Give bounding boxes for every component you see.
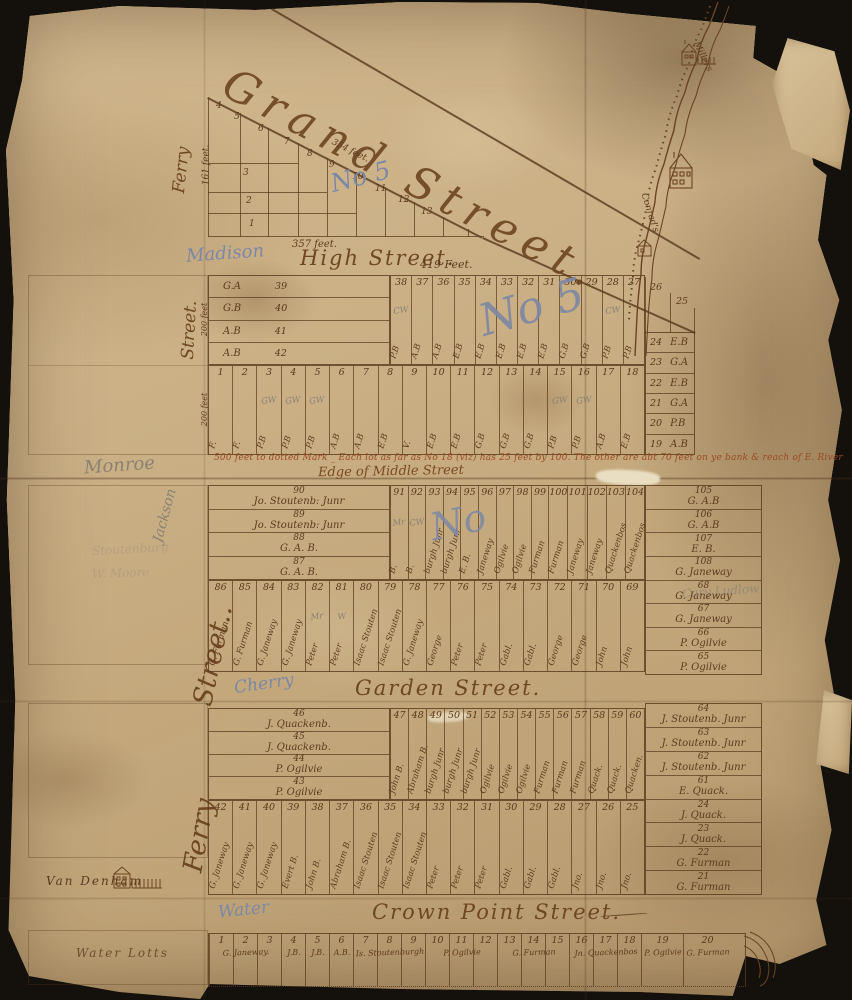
- water-lot-cell: 16: [569, 934, 593, 986]
- water-lot-cell: 12: [473, 934, 497, 986]
- lot-number: 41: [233, 801, 256, 813]
- owner-name: P.B: [304, 435, 318, 450]
- lot-number: 62: [698, 753, 709, 762]
- lot-cell: 98Ogilvie: [513, 486, 531, 579]
- pencil-mark: CW: [393, 305, 409, 317]
- lot-row: 45J. Quackenb.: [209, 731, 389, 754]
- lot-number: 5: [306, 934, 329, 946]
- lot-cell: 10E.B: [426, 366, 450, 454]
- lot-cell: 38John B.: [305, 801, 329, 894]
- lot-number: 66: [698, 629, 709, 638]
- lot-number: 37: [330, 801, 353, 813]
- lot-number: 37: [412, 276, 432, 288]
- lot-row: 90Jo. Stoutenb: Junr: [209, 486, 389, 509]
- owner-name: P. Ogilvie: [644, 947, 682, 957]
- lot-cell: 52Ogilvie: [481, 709, 499, 799]
- owner-name: G. Janeway: [256, 618, 280, 667]
- lot-number: 56: [554, 709, 571, 721]
- owner-name: A.B: [595, 433, 609, 450]
- lot-number: 22: [650, 378, 662, 389]
- lot-row: 105G. A.B: [646, 486, 761, 509]
- owner-name: Janeway: [565, 538, 586, 575]
- lot-cell: 16GWP.B: [571, 366, 595, 454]
- water-lot-cell: 1: [209, 934, 233, 986]
- map-stage: Grand Street. 45678910111213321 161 feet…: [0, 0, 852, 1000]
- lot-number: 5: [306, 366, 329, 378]
- owner-name: G. Janeway: [280, 618, 304, 667]
- lot-cell: 4GWP.B: [281, 366, 305, 454]
- lot-number: 99: [532, 486, 549, 498]
- lot-number: 80: [354, 581, 377, 593]
- owner-name: J.B.: [287, 948, 301, 957]
- lot-cell: 6A.B: [329, 366, 353, 454]
- lot-cell: 85G. Furman: [232, 581, 256, 671]
- owner-name: Evert B.: [280, 853, 300, 890]
- owner-name: George: [425, 634, 444, 667]
- owner-name: G.B: [579, 342, 593, 360]
- lot-number: 6: [330, 366, 353, 378]
- lot-number: 78: [403, 581, 426, 593]
- lot-cell: 47John B.: [391, 709, 408, 799]
- owner-name: V.: [401, 440, 413, 450]
- owner-name: G. Janeway: [675, 591, 732, 602]
- lot-cell: 12G.B: [474, 366, 498, 454]
- lot-number: 6: [258, 124, 264, 134]
- lot-row: 22E.B: [646, 373, 694, 393]
- lot-number: 89: [293, 511, 304, 520]
- lot-number: 41: [275, 326, 287, 337]
- lot-cell: 60Quacken.: [626, 709, 644, 799]
- owner-name: John: [619, 645, 635, 667]
- water-lot-cell: 7: [353, 934, 377, 986]
- lot-number: 52: [482, 709, 499, 721]
- owner-name: Jno.: [571, 871, 586, 890]
- lot-number: 75: [475, 581, 498, 593]
- owner-name: Furman: [569, 760, 589, 795]
- owner-initials: A.B: [670, 439, 688, 450]
- owner-name: E.B: [515, 342, 529, 360]
- water-lot-cell: 3: [257, 934, 281, 986]
- lot-cell: 57Furman: [571, 709, 589, 799]
- lot-number: 102: [588, 486, 606, 498]
- owner-name: E.B: [452, 342, 466, 360]
- lot-cell: 34Isaac Stouten: [402, 801, 426, 894]
- owner-name: E. Quack.: [679, 786, 728, 797]
- owner-name: A.B: [353, 433, 367, 450]
- owner-name: G.B: [498, 432, 512, 450]
- owner-name: F.: [232, 440, 244, 450]
- lot-row: 88G. A. B.: [209, 532, 389, 556]
- lot-number: 101: [568, 486, 586, 498]
- pencil-mark: CW: [409, 517, 425, 529]
- owner-name: Abraham B.: [328, 838, 353, 890]
- water-lot-cell: 4J.B.: [281, 934, 305, 986]
- lot-number: 3: [257, 366, 280, 378]
- owner-name: Isaac Stouten: [353, 831, 381, 890]
- lot-cell: 9V.: [402, 366, 426, 454]
- owner-name: Gabl.: [498, 642, 515, 667]
- water-swirl: [742, 930, 802, 990]
- grand-lot-divider: [268, 128, 269, 237]
- lot-cell: 35Isaac Stouten: [378, 801, 402, 894]
- grand-strip-line: [208, 192, 327, 193]
- lot-cell: 75Peter: [474, 581, 498, 671]
- lot-cell: 18E.B: [620, 366, 644, 454]
- lot-number: 25: [621, 801, 644, 813]
- lot-cell: 31Peter: [474, 801, 498, 894]
- lot-number: 68: [698, 582, 709, 591]
- lot-cell: 86G. Furman: [209, 581, 232, 671]
- lot-number: 90: [293, 487, 304, 496]
- lot-number: 9: [403, 366, 426, 378]
- lot-row: 46J. Quackenb.: [209, 709, 389, 731]
- margin-block: [28, 703, 208, 858]
- owner-name: G. Janeway: [401, 618, 425, 667]
- lot-number: 13: [500, 366, 523, 378]
- owner-initials: A.B: [223, 348, 241, 359]
- grand-lot-divider: [298, 143, 299, 237]
- owner-name: J. Stoutenb. Junr: [662, 762, 746, 773]
- lot-cell: 36A.B: [432, 276, 453, 364]
- high-row2-block: 1F.2F.3GWP.B4GWP.B5GWP.B6A.B7A.B8E.B9V.1…: [208, 365, 645, 455]
- lot-number: 13: [498, 934, 521, 946]
- lot-row: 44P. Ogilvie: [209, 754, 389, 777]
- owner-name: G.B: [522, 432, 536, 450]
- owner-name: Peter: [474, 865, 491, 890]
- owner-name: Gabl.: [522, 642, 539, 667]
- owner-name: J. Stoutenb. Junr: [662, 738, 746, 749]
- owner-name: Ogilvie: [510, 543, 529, 575]
- water-lot-cell: 2G. Janeway.: [233, 934, 257, 986]
- lot-number: 1: [210, 934, 233, 946]
- owner-name: Isaac Stouten: [353, 608, 381, 667]
- lot-cell: 92CWB.: [408, 486, 426, 579]
- lot-number: 48: [409, 709, 426, 721]
- lot-number: 108: [695, 558, 712, 567]
- owner-name: P. Ogilvie: [680, 662, 727, 673]
- lot-row: 21G. Furman: [646, 870, 761, 894]
- lot-number: 18: [621, 366, 644, 378]
- owner-name: Ogilvie: [496, 763, 515, 795]
- lot-cell: 99Furman: [531, 486, 549, 579]
- high-street-length: 419 Feet.: [420, 258, 472, 271]
- lot-cell: 36Isaac Stouten: [353, 801, 377, 894]
- lot-number: 69: [621, 581, 644, 593]
- grand-lot-divider: [414, 202, 415, 237]
- lot-cell: 27Jno.: [571, 801, 595, 894]
- owner-initials: G.A: [670, 398, 688, 409]
- owner-name: A.B: [410, 343, 424, 360]
- lot-number: 54: [518, 709, 535, 721]
- lot-number: 65: [698, 653, 709, 662]
- owner-name: P. Ogilvie: [680, 638, 727, 649]
- garden-left-block: 46J. Quackenb.45J. Quackenb.44P. Ogilvie…: [208, 708, 390, 800]
- owner-name: P.B: [256, 435, 270, 450]
- owner-name: G.B: [558, 342, 572, 360]
- lot-cell: 38CWP.B: [391, 276, 411, 364]
- owner-name: G. Furman: [232, 620, 256, 667]
- lot-number: 1: [209, 366, 232, 378]
- owner-name: G. Furman: [676, 882, 730, 893]
- lot-number: 19: [642, 934, 683, 946]
- lot-number: 57: [572, 709, 589, 721]
- owner-name: P.B: [571, 435, 585, 450]
- owner-name: P.B: [280, 435, 294, 450]
- lot-number: 12: [398, 195, 409, 205]
- lot-number: 30: [500, 801, 523, 813]
- lot-cell: 104Quackenbos: [625, 486, 644, 579]
- lot-cell: 3GWP.B: [256, 366, 280, 454]
- owner-initials: A.B: [223, 326, 241, 337]
- owner-name: E.B: [537, 342, 551, 360]
- lot-number: 8: [378, 934, 401, 946]
- lot-number: 10: [426, 934, 449, 946]
- lot-number: 44: [293, 755, 304, 764]
- lot-number: 21: [698, 873, 709, 882]
- river-shoreline: [622, 0, 832, 360]
- lot-number: 97: [497, 486, 514, 498]
- middle-row2-block: 86G. Furman85G. Furman84G. Janeway83G. J…: [208, 580, 645, 672]
- middle-right-block: 105G. A.B106G. A.B107E. B.108G. Janeway6…: [645, 485, 762, 675]
- lot-number: 11: [450, 934, 473, 946]
- lot-number: 9: [402, 934, 425, 946]
- lot-number: 2: [234, 934, 257, 946]
- lot-number: 60: [627, 709, 644, 721]
- lot-number: 53: [500, 709, 517, 721]
- lot-number: 18: [618, 934, 641, 946]
- owner-name: G. Furman: [686, 947, 730, 958]
- garden-right-block: 64J. Stoutenb. Junr63J. Stoutenb. Junr62…: [645, 703, 762, 895]
- lot-row: 62J. Stoutenb. Junr: [646, 751, 761, 775]
- water-lotts-label: Water Lotts: [76, 946, 169, 960]
- lot-cell: 7A.B: [353, 366, 377, 454]
- owner-name: J. Quack.: [681, 834, 726, 845]
- grand-lot-divider: [385, 187, 386, 237]
- owner-initials: G.B: [223, 303, 241, 314]
- grand-strip-line: [208, 213, 356, 214]
- lot-number: 17: [597, 366, 620, 378]
- water-lot-cell: 18: [617, 934, 641, 986]
- lot-number: 3: [243, 168, 249, 178]
- lot-number: 13: [421, 207, 432, 217]
- owner-name: Gabl.: [498, 865, 515, 890]
- lot-cell: 54Ogilvie: [517, 709, 535, 799]
- pencil-mark: CW: [605, 305, 621, 317]
- lot-number: 83: [282, 581, 305, 593]
- lot-number: 33: [427, 801, 450, 813]
- lot-number: 17: [594, 934, 617, 946]
- lot-number: 3: [258, 934, 281, 946]
- lot-number: 77: [427, 581, 450, 593]
- lot-row: 43P. Ogilvie: [209, 776, 389, 799]
- lot-cell: 84G. Janeway: [256, 581, 280, 671]
- pencil-mark: GW: [285, 395, 302, 407]
- owner-name: George: [546, 634, 565, 667]
- lot-number: 14: [522, 934, 545, 946]
- water-lot-cell: 5J.B.: [305, 934, 329, 986]
- lot-row: 106G. A.B: [646, 509, 761, 533]
- lot-row: G.B40: [209, 297, 389, 319]
- lot-number: 100: [549, 486, 567, 498]
- lot-cell: 83G. Janeway: [281, 581, 305, 671]
- lot-number: 15: [546, 934, 569, 946]
- dim-161-feet: 161 feet.: [201, 145, 211, 186]
- owner-name: Peter: [450, 865, 467, 890]
- lot-cell: 80Isaac Stouten: [353, 581, 377, 671]
- lot-number: 42: [275, 348, 287, 359]
- lot-number: 8: [307, 149, 313, 159]
- lot-number: 35: [455, 276, 475, 288]
- lot-row: 87G. A. B.: [209, 556, 389, 580]
- lot-number: 14: [524, 366, 547, 378]
- lot-cell: 25Jno.: [620, 801, 644, 894]
- owner-initials: P.B: [670, 418, 685, 429]
- owner-name: Gabl.: [522, 865, 539, 890]
- owner-name: Peter: [425, 865, 442, 890]
- lot-cell: 32Peter: [450, 801, 474, 894]
- owner-name: G. A. B.: [280, 567, 318, 578]
- lot-number: 93: [426, 486, 443, 498]
- lot-number: 63: [698, 729, 709, 738]
- lot-number: 73: [524, 581, 547, 593]
- lot-cell: 78G. Janeway: [402, 581, 426, 671]
- lot-number: 61: [698, 777, 709, 786]
- grand-lot-divider: [240, 113, 241, 237]
- water-lot-cell: 14G. Furman: [521, 934, 545, 986]
- lot-row: 66P. Ogilvie: [646, 627, 761, 651]
- lot-number: 31: [475, 801, 498, 813]
- lot-number: 10: [427, 366, 450, 378]
- owner-name: A.B: [328, 433, 342, 450]
- lot-cell: 58Quack.: [590, 709, 608, 799]
- lot-number: 105: [695, 487, 712, 496]
- lot-number: 84: [257, 581, 280, 593]
- lot-number: 39: [275, 281, 287, 292]
- lot-number: 71: [572, 581, 595, 593]
- lot-cell: 101Janeway: [567, 486, 586, 579]
- lot-number: 4: [282, 934, 305, 946]
- lot-cell: 11E.B: [450, 366, 474, 454]
- lot-number: 85: [233, 581, 256, 593]
- garden-row2-block: 42G. Janeway41G. Janeway40G. Janeway39Ev…: [208, 800, 645, 895]
- water-lot-cell: 6A.B.: [329, 934, 353, 986]
- owner-name: F.: [207, 440, 219, 450]
- water-lot-cell: 10: [425, 934, 449, 986]
- lot-cell: 51burgh Junr: [463, 709, 481, 799]
- owner-name: G. Furman: [207, 620, 231, 667]
- lot-number: 94: [444, 486, 461, 498]
- lot-row: 64J. Stoutenb. Junr: [646, 704, 761, 727]
- lot-cell: 69John: [620, 581, 644, 671]
- owner-name: E. B.: [458, 552, 474, 575]
- lot-number: 28: [548, 801, 571, 813]
- lot-cell: 103Quackenbos: [606, 486, 625, 579]
- crown-point-street-label: Crown Point Street.: [372, 900, 621, 924]
- lot-number: 38: [306, 801, 329, 813]
- lot-number: 26: [597, 801, 620, 813]
- owner-name: G. Janeway: [675, 567, 732, 578]
- lot-number: 29: [582, 276, 602, 288]
- lot-cell: 55Furman: [535, 709, 553, 799]
- owner-name: Isaac Stouten: [401, 831, 429, 890]
- margin-block: [28, 485, 208, 665]
- owner-name: Ogilvie: [514, 763, 533, 795]
- lot-number: 5: [234, 112, 240, 122]
- lot-cell: 102Janeway: [587, 486, 606, 579]
- owner-name: J. Quack.: [681, 810, 726, 821]
- owner-name: Jo. Stoutenb: Junr: [254, 496, 345, 507]
- middle-cols-block: 91MrB.92CWB.93burgh Junr94burgh Junr95E.…: [390, 485, 645, 580]
- owner-name: G. Janeway: [256, 841, 280, 890]
- lot-row: 63J. Stoutenb. Junr: [646, 727, 761, 751]
- lot-number: 87: [293, 558, 304, 567]
- lot-number: 86: [209, 581, 232, 593]
- lot-number: 2: [246, 196, 252, 206]
- water-lot-cell: 9: [401, 934, 425, 986]
- lot-number: 4: [216, 101, 222, 111]
- lot-number: 58: [591, 709, 608, 721]
- lot-number: 7: [354, 934, 377, 946]
- lot-cell: 41G. Janeway: [232, 801, 256, 894]
- lot-number: 91: [391, 486, 408, 498]
- owner-name: G. Janeway: [207, 841, 231, 890]
- lot-row: 89Jo. Stoutenb: Junr: [209, 509, 389, 533]
- grand-lot-divider: [443, 217, 444, 237]
- lot-number: 6: [330, 934, 353, 946]
- lot-number: 49: [427, 709, 444, 721]
- lot-row: 22G. Furman: [646, 846, 761, 870]
- owner-name: Jno.: [595, 871, 610, 890]
- pencil-mark: Mr: [310, 611, 324, 623]
- garden-cols-block: 47John B.48Abraham B.49burgh Junr50burgh…: [390, 708, 645, 800]
- owner-name: John B.: [387, 762, 406, 795]
- lot-number: 40: [257, 801, 280, 813]
- owner-name: Jo. Stoutenb: Junr: [254, 520, 345, 531]
- owner-name: Ogilvie: [478, 763, 497, 795]
- lot-cell: 29Gabl.: [523, 801, 547, 894]
- lot-number: 59: [609, 709, 626, 721]
- owner-name: E.B: [377, 432, 391, 450]
- lot-cell: 97Ogilvie: [496, 486, 514, 579]
- lot-cell: 39Evert B.: [281, 801, 305, 894]
- lot-cell: 13G.B: [499, 366, 523, 454]
- lot-number: 7: [354, 366, 377, 378]
- van-denham-house-icon: [108, 866, 178, 892]
- water-lot-cell: 13: [497, 934, 521, 986]
- water-lot-cell: 17Jn. Quackenbos: [593, 934, 617, 986]
- lot-number: 16: [570, 934, 593, 946]
- pencil-mark: W: [337, 611, 347, 622]
- pencil-mark: GW: [576, 395, 593, 407]
- lot-cell: 14G.B: [523, 366, 547, 454]
- lot-number: 45: [293, 733, 304, 742]
- lot-number: 34: [403, 801, 426, 813]
- owner-name: Quack.: [605, 763, 624, 795]
- lot-cell: 42G. Janeway: [209, 801, 232, 894]
- lot-number: 20: [650, 418, 662, 429]
- lot-cell: 71George: [571, 581, 595, 671]
- lot-number: 92: [409, 486, 426, 498]
- lot-number: 64: [698, 705, 709, 714]
- lot-row: A.B41: [209, 320, 389, 342]
- middle-left-block: 90Jo. Stoutenb: Junr89Jo. Stoutenb: Junr…: [208, 485, 390, 580]
- lot-cell: 50burgh Junr: [444, 709, 462, 799]
- owner-name: G. A.B: [688, 496, 720, 507]
- owner-name: Isaac Stouten: [377, 831, 405, 890]
- lot-cell: 37A.B: [411, 276, 432, 364]
- middle-street-label: Edge of Middle Street: [318, 463, 464, 481]
- owner-name: A.B.: [333, 948, 350, 958]
